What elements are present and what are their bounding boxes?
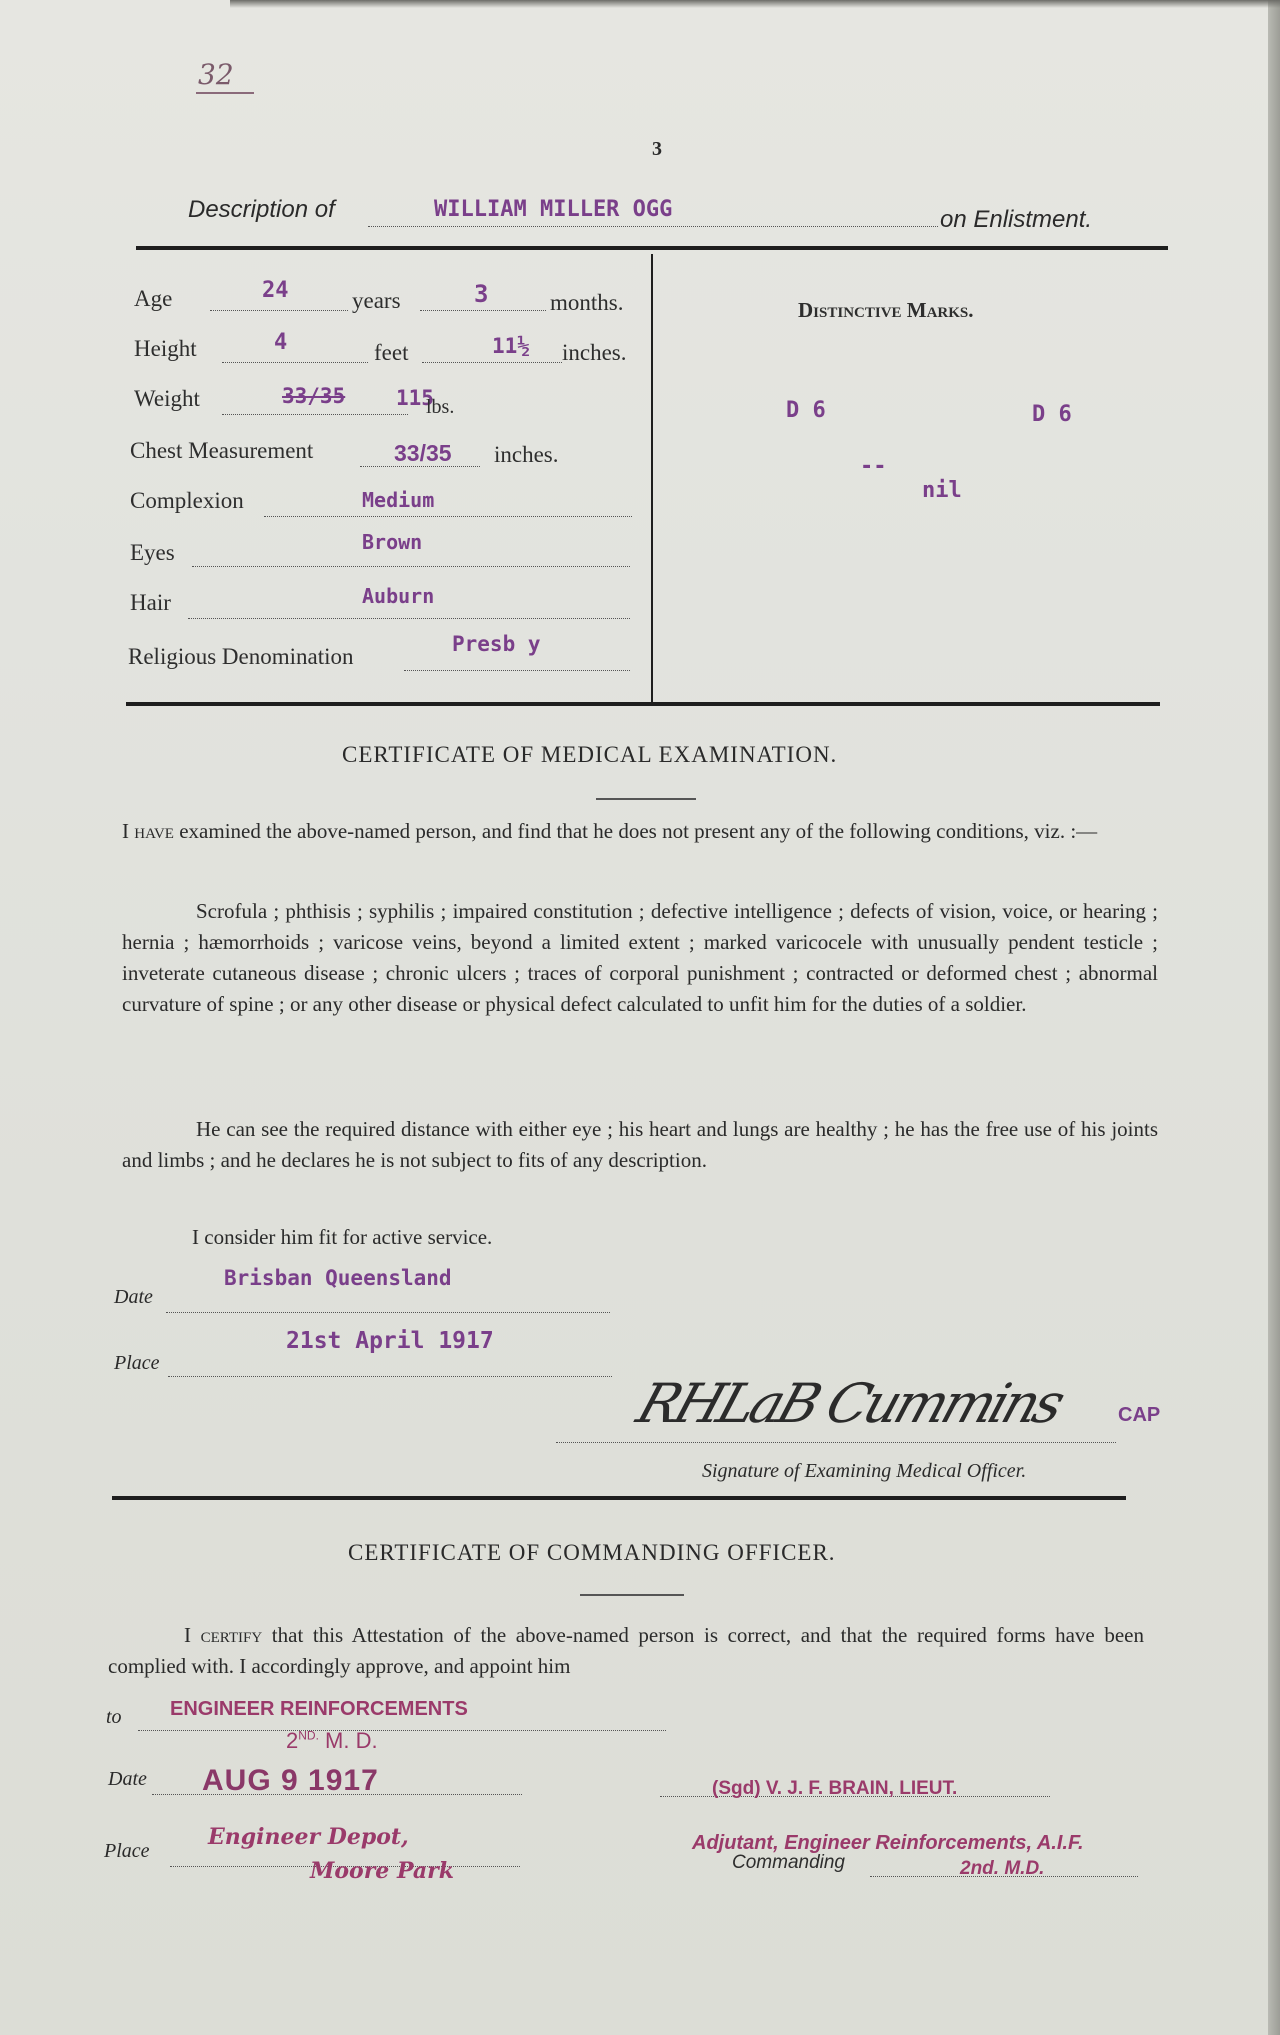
medical-place-label: Place (114, 1352, 160, 1375)
age-months-value: 3 (474, 280, 488, 308)
medical-date-label: Date (114, 1286, 153, 1309)
hair-value: Auburn (362, 584, 434, 608)
commanding-heading-rule (580, 1594, 684, 1596)
medical-date-line (166, 1312, 610, 1313)
chest-value: 33/35 (394, 440, 452, 467)
height-inches-value: 11½ (492, 334, 530, 358)
hair-label: Hair (130, 590, 171, 616)
height-inches-unit: inches. (562, 340, 627, 366)
page-top-shadow (230, 0, 1280, 8)
commanding-place-value-1: Engineer Depot, (208, 1824, 409, 1850)
hair-line (188, 618, 630, 619)
age-months-unit: months. (550, 290, 623, 316)
eyes-label: Eyes (130, 540, 175, 566)
medical-fitness: I consider him fit for active service. (192, 1222, 492, 1253)
table-bottom-rule (126, 702, 1160, 706)
medical-officer-rank: CAP (1118, 1404, 1160, 1427)
table-top-rule (136, 246, 1168, 250)
medical-intro-lead: I have (122, 819, 174, 843)
weight-label: Weight (134, 386, 200, 412)
medical-place-line (168, 1376, 612, 1377)
age-months-line (420, 310, 546, 311)
medical-intro: I have examined the above-named person, … (122, 816, 1158, 847)
section-divider-rule (112, 1496, 1126, 1500)
medical-conditions: Scrofula ; phthisis ; syphilis ; impaire… (122, 896, 1158, 1020)
recruit-name: WILLIAM MILLER OGG (434, 197, 672, 222)
chest-unit: inches. (494, 442, 559, 468)
name-line (368, 226, 938, 227)
height-feet-value: 4 (274, 330, 287, 355)
medical-date-value: Brisban Queensland (224, 1266, 452, 1290)
weight-line (222, 414, 408, 415)
age-years-value: 24 (262, 278, 289, 303)
commanding-place-value-2: Moore Park (310, 1858, 454, 1884)
district-rest: M. D. (319, 1728, 378, 1753)
commanding-to-label: to (106, 1706, 122, 1729)
height-inches-line (422, 362, 562, 363)
district-suffix: ND. (298, 1729, 319, 1743)
table-divider (651, 254, 653, 704)
distinctive-code-right: D 6 (1032, 402, 1072, 427)
weight-struck-value: 33/35 (282, 384, 345, 408)
age-years-unit: years (352, 288, 401, 314)
commanding-place-label: Place (104, 1840, 150, 1863)
commanding-unit: ENGINEER REINFORCEMENTS (170, 1698, 468, 1721)
religion-label: Religious Denomination (128, 644, 354, 670)
age-years-line (210, 310, 348, 311)
religion-value: Presb y (452, 632, 541, 656)
medical-place-value: 21st April 1917 (286, 1328, 494, 1354)
medical-officer-signature: RHLaB Cummins (630, 1372, 1069, 1435)
chest-label: Chest Measurement (130, 438, 313, 464)
religion-line (404, 670, 630, 671)
distinctive-dash: -- (860, 454, 887, 479)
commanding-signed: (Sgd) V. J. F. BRAIN, LIEUT. (712, 1778, 957, 1800)
distinctive-marks-heading: Distinctive Marks. (798, 298, 974, 323)
page-edge (1268, 0, 1280, 2035)
age-label: Age (134, 286, 172, 312)
height-label: Height (134, 336, 197, 362)
commanding-date-label: Date (108, 1768, 147, 1791)
weight-unit: lbs. (426, 396, 454, 419)
district-number: 2 (286, 1728, 298, 1753)
commanding-certify-lead: I certify (184, 1623, 262, 1647)
medical-signature-caption: Signature of Examining Medical Officer. (702, 1460, 1026, 1483)
distinctive-marks-value: nil (922, 478, 962, 503)
eyes-value: Brown (362, 530, 422, 554)
distinctive-code-left: D 6 (786, 398, 826, 423)
folio-underline (196, 92, 254, 94)
commanding-date-value: AUG 9 1917 (202, 1764, 379, 1798)
medical-intro-text: examined the above-named person, and fin… (174, 819, 1097, 843)
description-prefix: Description of (188, 196, 335, 224)
medical-heading-rule (596, 798, 696, 800)
complexion-line (264, 516, 632, 517)
commanding-heading: CERTIFICATE OF COMMANDING OFFICER. (348, 1540, 836, 1566)
eyes-line (192, 566, 630, 567)
commanding-certify-text: that this Attestation of the above-named… (108, 1623, 1144, 1678)
height-feet-line (222, 362, 368, 363)
description-suffix: on Enlistment. (940, 206, 1092, 234)
complexion-label: Complexion (130, 488, 244, 514)
commanding-to-line (138, 1730, 666, 1731)
commanding-certify: I certify that this Attestation of the a… (108, 1620, 1144, 1682)
medical-health-statement: He can see the required distance with ei… (122, 1114, 1158, 1176)
folio-mark: 32 (198, 58, 234, 91)
commanding-role-district: 2nd. M.D. (960, 1858, 1044, 1880)
commanding-role-printed: Commanding (732, 1852, 845, 1874)
medical-signature-line (556, 1442, 1116, 1443)
medical-heading: CERTIFICATE OF MEDICAL EXAMINATION. (342, 742, 837, 768)
height-feet-unit: feet (374, 340, 408, 366)
complexion-value: Medium (362, 488, 434, 512)
commanding-district: 2ND. M. D. (286, 1728, 378, 1754)
page-number: 3 (652, 138, 662, 161)
